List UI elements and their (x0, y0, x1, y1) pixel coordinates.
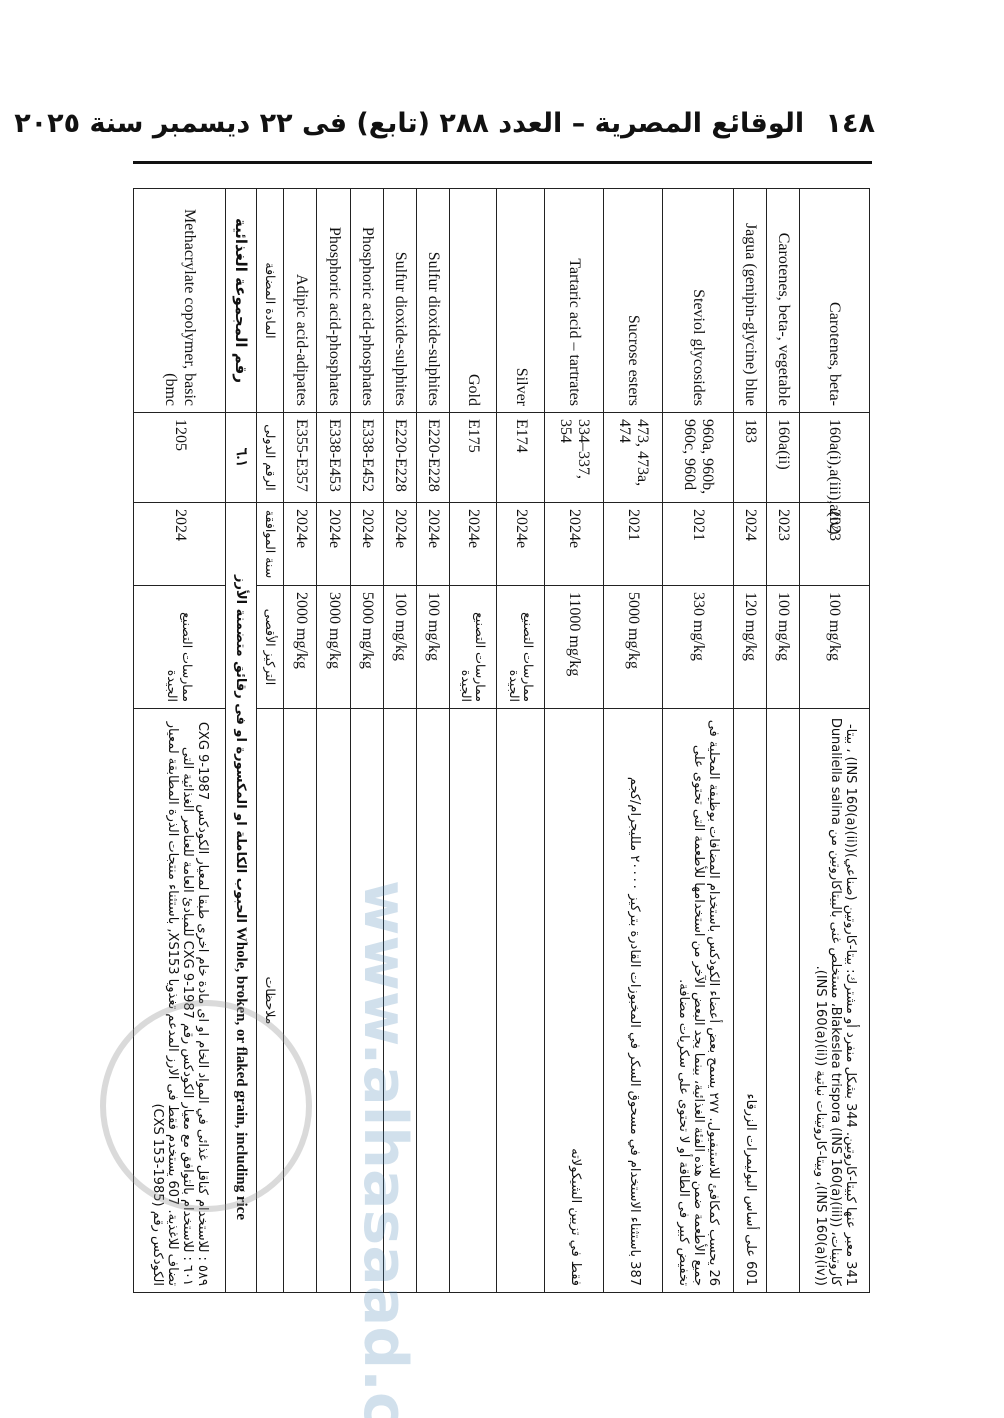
ins-number: 1205 (134, 413, 226, 503)
max-level: ممارسات التصنيع الجيدة (497, 586, 545, 709)
table-row: Carotenes, beta-, vegetable160a(ii)20231… (766, 189, 799, 1293)
ins-number: 473, 473a, 474 (604, 413, 663, 503)
additive-name: Carotenes, beta-, vegetable (766, 189, 799, 413)
notes (497, 709, 545, 1293)
ins-number: E174 (497, 413, 545, 503)
max-level: 3000 mg/kg (317, 586, 350, 709)
adoption-year: 2024e (545, 503, 604, 586)
table-row: Adipic acid-adipatesE355-E3572024e2000 m… (284, 189, 317, 1293)
notes: ٥٨٩ : للاستخدام كناقل غذائى في المواد ال… (134, 709, 226, 1293)
col-header-max: التركيز الأقصى (257, 586, 284, 709)
ins-number: E175 (449, 413, 497, 503)
table-row: Carotenes, beta-160a(i),a(iii),a(iv)2023… (799, 189, 869, 1293)
table-row: Methacrylate copolymer, basic (bmc120520… (134, 189, 226, 1293)
notes: 601 على أساس البوليمرات الزرقاء (733, 709, 766, 1293)
additive-name: Phosphoric acid-phosphates (317, 189, 350, 413)
additives-table: Carotenes, beta-160a(i),a(iii),a(iv)2023… (133, 188, 870, 1293)
col-header-year: سنة الموافقة (257, 503, 284, 586)
notes: 387 باستثناء الاستخدام في مسحوق السكر في… (604, 709, 663, 1293)
ins-number: E220-E228 (383, 413, 416, 503)
additive-name: Silver (497, 189, 545, 413)
col-header-name: المادة المضافة (257, 189, 284, 413)
ins-number: E220-E228 (416, 413, 449, 503)
table-row: Sulfur dioxide-sulphitesE220-E2282024e10… (416, 189, 449, 1293)
food-category-row: رقم المجموعة الغذائية٦.١الحبوب الكاملة ا… (225, 189, 256, 1293)
adoption-year: 2023 (766, 503, 799, 586)
additive-name: Steviol glycosides (663, 189, 733, 413)
adoption-year: 2023 (799, 503, 869, 586)
table-row: GoldE1752024eممارسات التصنيع الجيدة (449, 189, 497, 1293)
adoption-year: 2024e (383, 503, 416, 586)
ins-number: 160a(ii) (766, 413, 799, 503)
notes (449, 709, 497, 1293)
adoption-year: 2024 (733, 503, 766, 586)
additive-name: Sulfur dioxide-sulphites (383, 189, 416, 413)
food-category-label: رقم المجموعة الغذائية (225, 189, 256, 413)
max-level: 330 mg/kg (663, 586, 733, 709)
max-level: 100 mg/kg (799, 586, 869, 709)
table-row: Tartaric acid – tartrates334–337, 354202… (545, 189, 604, 1293)
adoption-year: 2021 (663, 503, 733, 586)
food-category-title-ar: الحبوب الكاملة او المكسورة او فى رقائق م… (233, 575, 248, 923)
max-level: 2000 mg/kg (284, 586, 317, 709)
food-category-number: ٦.١ (225, 413, 256, 503)
notes (383, 709, 416, 1293)
additive-name: Sucrose esters (604, 189, 663, 413)
additive-name: Carotenes, beta- (799, 189, 869, 413)
notes (284, 709, 317, 1293)
page-number: ١٤٨ (826, 108, 875, 139)
notes: 26 يحسب كمكافئ للاستيفيول. ٢٧٧ يسمح بعض … (663, 709, 733, 1293)
notes (317, 709, 350, 1293)
adoption-year: 2024e (449, 503, 497, 586)
adoption-year: 2024e (497, 503, 545, 586)
ins-number: 160a(i),a(iii),a(iv) (799, 413, 869, 503)
header-divider (133, 161, 872, 164)
max-level: 5000 mg/kg (350, 586, 383, 709)
gazette-title: الوقائع المصرية – العدد ٢٨٨ (تابع) فى ٢٢… (14, 108, 804, 139)
adoption-year: 2024e (284, 503, 317, 586)
table-row: Phosphoric acid-phosphatesE338-E4532024e… (317, 189, 350, 1293)
additive-name: Phosphoric acid-phosphates (350, 189, 383, 413)
column-header-row: المادة المضافةالرقم الدولىسنة الموافقةال… (257, 189, 284, 1293)
table-row: SilverE1742024eممارسات التصنيع الجيدة (497, 189, 545, 1293)
notes: 341 معبر عنها كبيتا-كاروتين. 344 بشكل من… (799, 709, 869, 1293)
additive-name: Tartaric acid – tartrates (545, 189, 604, 413)
page-header: ١٤٨ الوقائع المصرية – العدد ٢٨٨ (تابع) ف… (140, 108, 875, 139)
ins-number: E338-E452 (350, 413, 383, 503)
max-level: 100 mg/kg (766, 586, 799, 709)
table-row: Jagua (genipin-glycine) blue1832024120 m… (733, 189, 766, 1293)
adoption-year: 2024 (134, 503, 226, 586)
adoption-year: 2024e (416, 503, 449, 586)
max-level: 100 mg/kg (416, 586, 449, 709)
additive-name: Jagua (genipin-glycine) blue (733, 189, 766, 413)
adoption-year: 2021 (604, 503, 663, 586)
notes: فقط في تزيين الشيكولاته (545, 709, 604, 1293)
ins-number: 183 (733, 413, 766, 503)
additives-table-rotated: Carotenes, beta-160a(i),a(iii),a(iv)2023… (133, 188, 870, 1292)
food-category-title-en: Whole, broken, or flaked grain, includin… (233, 927, 249, 1220)
additive-name: Gold (449, 189, 497, 413)
ins-number: E355-E357 (284, 413, 317, 503)
table-row: Phosphoric acid-phosphatesE338-E4522024e… (350, 189, 383, 1293)
table-row: Sulfur dioxide-sulphitesE220-E2282024e10… (383, 189, 416, 1293)
adoption-year: 2024e (350, 503, 383, 586)
max-level: 120 mg/kg (733, 586, 766, 709)
notes (766, 709, 799, 1293)
additive-name: Adipic acid-adipates (284, 189, 317, 413)
col-header-ins: الرقم الدولى (257, 413, 284, 503)
food-category-title: الحبوب الكاملة او المكسورة او فى رقائق م… (225, 503, 256, 1293)
adoption-year: 2024e (317, 503, 350, 586)
max-level: 5000 mg/kg (604, 586, 663, 709)
ins-number: E338-E453 (317, 413, 350, 503)
table-row: Steviol glycosides960a, 960b, 960c, 960d… (663, 189, 733, 1293)
notes (416, 709, 449, 1293)
max-level: 11000 mg/kg (545, 586, 604, 709)
max-level: ممارسات التصنيع الجيدة (449, 586, 497, 709)
col-header-notes: ملاحظات (257, 709, 284, 1293)
max-level: 100 mg/kg (383, 586, 416, 709)
max-level: ممارسات التصنيع الجيدة (134, 586, 226, 709)
notes (350, 709, 383, 1293)
additive-name: Methacrylate copolymer, basic (bmc (134, 189, 226, 413)
additive-name: Sulfur dioxide-sulphites (416, 189, 449, 413)
table-row: Sucrose esters473, 473a, 47420215000 mg/… (604, 189, 663, 1293)
ins-number: 334–337, 354 (545, 413, 604, 503)
ins-number: 960a, 960b, 960c, 960d (663, 413, 733, 503)
